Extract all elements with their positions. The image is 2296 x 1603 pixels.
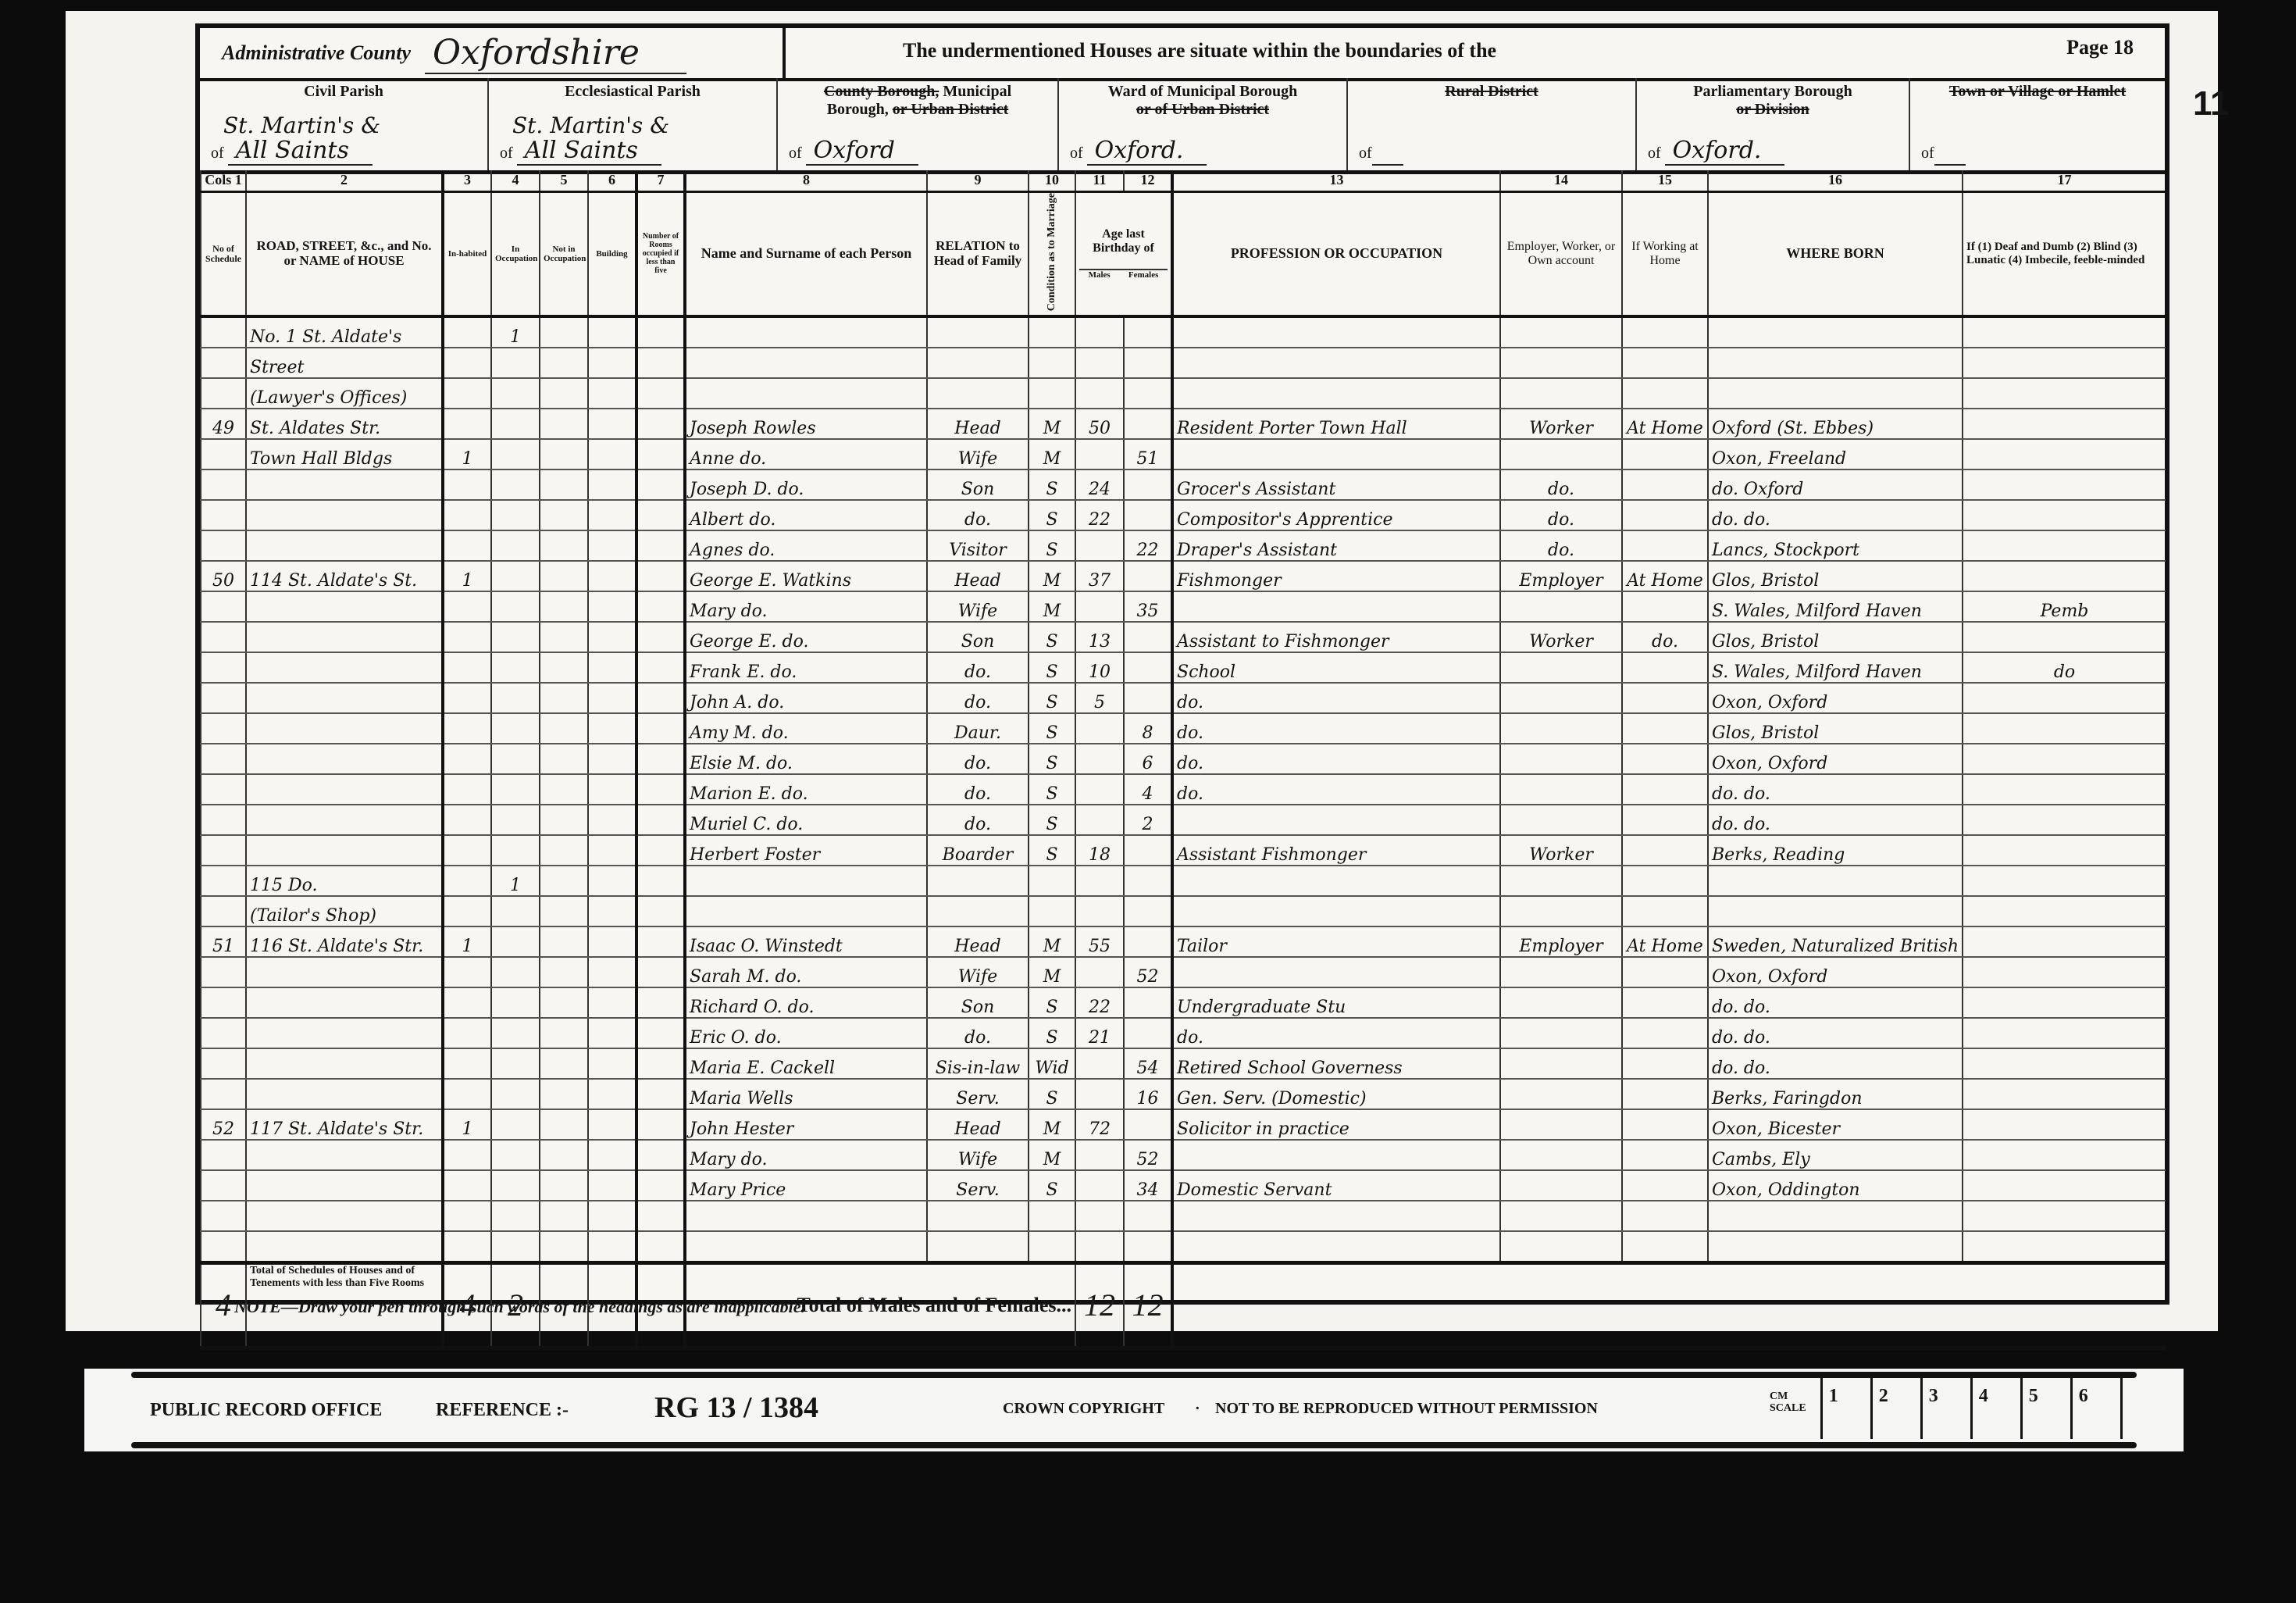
relation: do. — [927, 652, 1029, 683]
employment-status — [1500, 1201, 1622, 1231]
employment-status — [1500, 1079, 1622, 1109]
birthplace: Oxon, Oxford — [1708, 957, 1963, 987]
inhabited — [443, 1201, 491, 1231]
rooms — [636, 622, 685, 652]
occupation: Tailor — [1172, 926, 1500, 957]
working-at-home — [1622, 1109, 1708, 1140]
occupation: Draper's Assistant — [1172, 530, 1500, 561]
uninhabited-not-in-occupation — [540, 835, 588, 866]
relation: Wife — [927, 591, 1029, 622]
uninhabited-not-in-occupation — [540, 987, 588, 1018]
rooms — [636, 1018, 685, 1048]
census-form: Administrative County Oxfordshire The un… — [195, 23, 2169, 1305]
schedule-number — [201, 500, 246, 530]
uninhabited-in-occupation — [491, 378, 540, 409]
address: (Tailor's Shop) — [246, 896, 443, 926]
employment-status — [1500, 316, 1622, 348]
person-name: Herbert Foster — [685, 835, 927, 866]
building — [588, 1079, 636, 1109]
schedule-number — [201, 896, 246, 926]
column-number-row: Cols 1 2 3 4 5 6 7 8 9 10 11 12 13 14 15… — [201, 170, 2166, 192]
public-record-office: PUBLIC RECORD OFFICE — [150, 1400, 382, 1421]
uninhabited-in-occupation — [491, 409, 540, 439]
table-row — [201, 1201, 2166, 1231]
header-occupation: PROFESSION OR OCCUPATION — [1172, 192, 1500, 316]
uninhabited-not-in-occupation — [540, 896, 588, 926]
working-at-home — [1622, 652, 1708, 683]
birthplace: do. do. — [1708, 500, 1963, 530]
uninhabited-in-occupation — [491, 774, 540, 805]
female-age: 51 — [1124, 439, 1172, 469]
building — [588, 1140, 636, 1170]
employment-status — [1500, 987, 1622, 1018]
birthplace: do. do. — [1708, 1018, 1963, 1048]
uninhabited-in-occupation — [491, 1018, 540, 1048]
building — [588, 652, 636, 683]
building — [588, 316, 636, 348]
employment-status — [1500, 378, 1622, 409]
male-age — [1075, 1140, 1124, 1170]
uninhabited-not-in-occupation — [540, 409, 588, 439]
uninhabited-not-in-occupation — [540, 1079, 588, 1109]
occupation: do. — [1172, 774, 1500, 805]
schedule-number: 52 — [201, 1109, 246, 1140]
person-name: Marion E. do. — [685, 774, 927, 805]
rooms — [636, 378, 685, 409]
table-row: Richard O. do.SonS22Undergraduate Studo.… — [201, 987, 2166, 1018]
uninhabited-not-in-occupation — [540, 713, 588, 744]
marital-condition: M — [1029, 926, 1075, 957]
address — [246, 1170, 443, 1201]
uninhabited-in-occupation — [491, 987, 540, 1018]
uninhabited-in-occupation — [491, 957, 540, 987]
table-row: Eric O. do.do.S21do.do. do. — [201, 1018, 2166, 1048]
person-name: Albert do. — [685, 500, 927, 530]
marital-condition: Wid — [1029, 1048, 1075, 1079]
uninhabited-in-occupation — [491, 1140, 540, 1170]
municipal-borough-field: of Oxford — [789, 137, 1046, 164]
working-at-home — [1622, 683, 1708, 713]
infirmity — [1963, 987, 2166, 1018]
uninhabited-in-occupation — [491, 683, 540, 713]
uninhabited-in-occupation — [491, 591, 540, 622]
address — [246, 744, 443, 774]
person-name: Anne do. — [685, 439, 927, 469]
infirmity — [1963, 1170, 2166, 1201]
working-at-home — [1622, 378, 1708, 409]
rooms — [636, 683, 685, 713]
schedule-number — [201, 1231, 246, 1263]
employment-status — [1500, 866, 1622, 896]
working-at-home — [1622, 348, 1708, 378]
uninhabited-not-in-occupation — [540, 1109, 588, 1140]
person-name: Amy M. do. — [685, 713, 927, 744]
table-row: Muriel C. do.do.S2do. do. — [201, 805, 2166, 835]
working-at-home — [1622, 1170, 1708, 1201]
infirmity — [1963, 316, 2166, 348]
header-relation: RELATION to Head of Family — [927, 192, 1029, 316]
uninhabited-not-in-occupation — [540, 1231, 588, 1263]
building — [588, 439, 636, 469]
female-age: 52 — [1124, 957, 1172, 987]
working-at-home — [1622, 713, 1708, 744]
female-age — [1124, 987, 1172, 1018]
person-name — [685, 348, 927, 378]
employment-status: do. — [1500, 469, 1622, 500]
table-row: (Tailor's Shop) — [201, 896, 2166, 926]
inhabited — [443, 530, 491, 561]
person-name: Joseph D. do. — [685, 469, 927, 500]
inhabited — [443, 348, 491, 378]
address: Street — [246, 348, 443, 378]
header-where-born: WHERE BORN — [1708, 192, 1963, 316]
uninhabited-in-occupation: 1 — [491, 866, 540, 896]
occupation — [1172, 805, 1500, 835]
relation: do. — [927, 805, 1029, 835]
municipal-borough-title: County Borough, MunicipalBorough, or Urb… — [787, 83, 1048, 119]
male-age — [1075, 805, 1124, 835]
female-age: 52 — [1124, 1140, 1172, 1170]
table-row: Agnes do.VisitorS22Draper's Assistantdo.… — [201, 530, 2166, 561]
archive-footer: PUBLIC RECORD OFFICE REFERENCE :- RG 13 … — [84, 1369, 2184, 1451]
person-name: Eric O. do. — [685, 1018, 927, 1048]
rooms — [636, 316, 685, 348]
employment-status — [1500, 1231, 1622, 1263]
building — [588, 866, 636, 896]
uninhabited-not-in-occupation — [540, 500, 588, 530]
infirmity: Pemb — [1963, 591, 2166, 622]
inhabited — [443, 652, 491, 683]
uninhabited-not-in-occupation — [540, 652, 588, 683]
relation: Head — [927, 926, 1029, 957]
female-age — [1124, 1201, 1172, 1231]
header-rooms: Number of Rooms occupied if less than fi… — [636, 192, 685, 316]
total-males: 12 — [1075, 1262, 1124, 1348]
relation — [927, 316, 1029, 348]
col-num: 14 — [1500, 170, 1622, 192]
working-at-home — [1622, 469, 1708, 500]
occupation: Undergraduate Stu — [1172, 987, 1500, 1018]
birthplace — [1708, 316, 1963, 348]
male-age: 55 — [1075, 926, 1124, 957]
scale-mark: 5 — [2020, 1378, 2070, 1439]
relation: Wife — [927, 439, 1029, 469]
rooms — [636, 713, 685, 744]
footer-rule-top — [131, 1372, 2137, 1378]
birthplace — [1708, 896, 1963, 926]
table-row: John A. do.do.S5do.Oxon, Oxford — [201, 683, 2166, 713]
rooms — [636, 744, 685, 774]
relation: Boarder — [927, 835, 1029, 866]
employment-status — [1500, 348, 1622, 378]
rural-district: Rural District of — [1348, 78, 1637, 170]
marital-condition: S — [1029, 713, 1075, 744]
inhabited — [443, 683, 491, 713]
rooms — [636, 409, 685, 439]
county-value: Oxfordshire — [425, 33, 686, 74]
address — [246, 1018, 443, 1048]
relation: Son — [927, 622, 1029, 652]
building — [588, 1018, 636, 1048]
person-name: Joseph Rowles — [685, 409, 927, 439]
person-name: George E. Watkins — [685, 561, 927, 591]
uninhabited-not-in-occupation — [540, 561, 588, 591]
relation — [927, 348, 1029, 378]
birthplace: S. Wales, Milford Haven — [1708, 591, 1963, 622]
uninhabited-not-in-occupation — [540, 469, 588, 500]
employment-status — [1500, 1109, 1622, 1140]
marital-condition: M — [1029, 409, 1075, 439]
relation: Daur. — [927, 713, 1029, 744]
table-row: 51116 St. Aldate's Str.1Isaac O. Winsted… — [201, 926, 2166, 957]
birthplace: do. do. — [1708, 987, 1963, 1018]
col-num: 17 — [1963, 170, 2166, 192]
rooms — [636, 469, 685, 500]
address: 116 St. Aldate's Str. — [246, 926, 443, 957]
address: 115 Do. — [246, 866, 443, 896]
male-age — [1075, 348, 1124, 378]
header-condition: Condition as to Marriage — [1029, 192, 1075, 316]
building — [588, 1201, 636, 1231]
occupation: do. — [1172, 683, 1500, 713]
address — [246, 1201, 443, 1231]
person-name — [685, 378, 927, 409]
col-num: 13 — [1172, 170, 1500, 192]
rooms — [636, 1140, 685, 1170]
building — [588, 896, 636, 926]
address — [246, 530, 443, 561]
relation: Visitor — [927, 530, 1029, 561]
birthplace — [1708, 866, 1963, 896]
building — [588, 1231, 636, 1263]
col-num: 9 — [927, 170, 1029, 192]
col-num: 5 — [540, 170, 588, 192]
inhabited — [443, 957, 491, 987]
schedule-number — [201, 866, 246, 896]
employment-status — [1500, 713, 1622, 744]
ward-field: of Oxford. — [1070, 137, 1335, 164]
inhabited — [443, 1140, 491, 1170]
birthplace: do. do. — [1708, 1048, 1963, 1079]
schedule-number — [201, 987, 246, 1018]
person-name — [685, 1201, 927, 1231]
relation — [927, 378, 1029, 409]
header-name: Name and Surname of each Person — [685, 192, 927, 316]
address — [246, 683, 443, 713]
uninhabited-in-occupation — [491, 622, 540, 652]
table-row: Mary do.WifeM35S. Wales, Milford HavenPe… — [201, 591, 2166, 622]
schedule-number — [201, 683, 246, 713]
female-age — [1124, 500, 1172, 530]
female-age — [1124, 683, 1172, 713]
uninhabited-in-occupation — [491, 1079, 540, 1109]
relation: Head — [927, 1109, 1029, 1140]
uninhabited-not-in-occupation — [540, 1170, 588, 1201]
relation: Sis-in-law — [927, 1048, 1029, 1079]
infirmity — [1963, 683, 2166, 713]
occupation: Gen. Serv. (Domestic) — [1172, 1079, 1500, 1109]
schedule-number — [201, 805, 246, 835]
female-age — [1124, 561, 1172, 591]
address — [246, 652, 443, 683]
inhabited — [443, 774, 491, 805]
female-age: 35 — [1124, 591, 1172, 622]
female-age — [1124, 409, 1172, 439]
schedule-number — [201, 591, 246, 622]
relation: do. — [927, 774, 1029, 805]
column-header-row: No of Schedule ROAD, STREET, &c., and No… — [201, 192, 2166, 316]
inhabited — [443, 987, 491, 1018]
table-row: 52117 St. Aldate's Str.1John HesterHeadM… — [201, 1109, 2166, 1140]
relation — [927, 866, 1029, 896]
schedule-number — [201, 348, 246, 378]
female-age — [1124, 1231, 1172, 1263]
col-num: 2 — [246, 170, 443, 192]
working-at-home — [1622, 500, 1708, 530]
relation — [927, 896, 1029, 926]
occupation — [1172, 896, 1500, 926]
person-name — [685, 866, 927, 896]
inhabited — [443, 1079, 491, 1109]
male-age — [1075, 316, 1124, 348]
person-name: George E. do. — [685, 622, 927, 652]
ecclesiastical-parish-field: of All Saints — [500, 137, 765, 164]
header-age-text: Age last Birthday of — [1079, 227, 1168, 255]
working-at-home — [1622, 1048, 1708, 1079]
rooms — [636, 439, 685, 469]
total-blank — [1172, 1262, 2166, 1348]
infirmity — [1963, 1140, 2166, 1170]
inhabited — [443, 409, 491, 439]
marital-condition: M — [1029, 1109, 1075, 1140]
address: Town Hall Bldgs — [246, 439, 443, 469]
female-age — [1124, 926, 1172, 957]
building — [588, 1109, 636, 1140]
marital-condition: S — [1029, 987, 1075, 1018]
relation — [927, 1231, 1029, 1263]
census-rows: No. 1 St. Aldate's1Street(Lawyer's Offic… — [201, 316, 2166, 1263]
birthplace — [1708, 378, 1963, 409]
table-row: Herbert FosterBoarderS18Assistant Fishmo… — [201, 835, 2166, 866]
table-row: Mary do.WifeM52Cambs, Ely — [201, 1140, 2166, 1170]
table-row: Sarah M. do.WifeM52Oxon, Oxford — [201, 957, 2166, 987]
rooms — [636, 896, 685, 926]
table-row: Mary PriceServ.S34Domestic ServantOxon, … — [201, 1170, 2166, 1201]
marital-condition — [1029, 378, 1075, 409]
schedule-number — [201, 378, 246, 409]
uninhabited-not-in-occupation — [540, 1140, 588, 1170]
infirmity — [1963, 896, 2166, 926]
female-age — [1124, 316, 1172, 348]
uninhabited-not-in-occupation — [540, 744, 588, 774]
infirmity — [1963, 926, 2166, 957]
header-inhabited: In-habited — [443, 192, 491, 316]
occupation — [1172, 866, 1500, 896]
folio-number: 11 — [2193, 84, 2230, 123]
marital-condition: S — [1029, 530, 1075, 561]
schedule-number — [201, 530, 246, 561]
working-at-home: At Home — [1622, 926, 1708, 957]
male-age — [1075, 1048, 1124, 1079]
rooms — [636, 1231, 685, 1263]
working-at-home — [1622, 530, 1708, 561]
scale-label: CMSCALE — [1770, 1391, 1806, 1439]
birthplace: do. Oxford — [1708, 469, 1963, 500]
parliamentary-borough: Parliamentary Boroughor Division of Oxfo… — [1637, 78, 1910, 170]
schedule-number — [201, 439, 246, 469]
relation: Son — [927, 469, 1029, 500]
relation: Wife — [927, 1140, 1029, 1170]
schedule-number — [201, 1170, 246, 1201]
table-row: 50114 St. Aldate's St.1George E. Watkins… — [201, 561, 2166, 591]
uninhabited-in-occupation — [491, 1201, 540, 1231]
schedule-number — [201, 1048, 246, 1079]
birthplace: do. do. — [1708, 805, 1963, 835]
address — [246, 622, 443, 652]
parliamentary-borough-title: Parliamentary Boroughor Division — [1646, 83, 1899, 119]
census-table: Cols 1 2 3 4 5 6 7 8 9 10 11 12 13 14 15… — [200, 170, 2166, 1351]
relation: do. — [927, 744, 1029, 774]
uninhabited-in-occupation — [491, 1170, 540, 1201]
inhabited: 1 — [443, 1109, 491, 1140]
rural-district-value — [1372, 137, 1403, 166]
uninhabited-in-occupation — [491, 530, 540, 561]
infirmity — [1963, 348, 2166, 378]
schedule-number — [201, 774, 246, 805]
working-at-home — [1622, 805, 1708, 835]
header-at-home: If Working at Home — [1622, 192, 1708, 316]
uninhabited-not-in-occupation — [540, 926, 588, 957]
col-num: 8 — [685, 170, 927, 192]
town-village: Town or Village or Hamlet of — [1910, 78, 2165, 170]
marital-condition — [1029, 316, 1075, 348]
address — [246, 500, 443, 530]
occupation: Assistant Fishmonger — [1172, 835, 1500, 866]
male-age — [1075, 591, 1124, 622]
col-num: 15 — [1622, 170, 1708, 192]
building — [588, 957, 636, 987]
building — [588, 744, 636, 774]
working-at-home — [1622, 1140, 1708, 1170]
building — [588, 622, 636, 652]
address — [246, 835, 443, 866]
marital-condition: S — [1029, 1018, 1075, 1048]
inhabited — [443, 591, 491, 622]
inhabited — [443, 469, 491, 500]
uninhabited-in-occupation — [491, 896, 540, 926]
inhabited — [443, 622, 491, 652]
schedule-number — [201, 316, 246, 348]
occupation — [1172, 1140, 1500, 1170]
rooms — [636, 530, 685, 561]
person-name: Maria E. Cackell — [685, 1048, 927, 1079]
male-age — [1075, 530, 1124, 561]
schedule-number: 49 — [201, 409, 246, 439]
building — [588, 683, 636, 713]
scale-mark: 1 — [1820, 1378, 1870, 1439]
civil-parish-value-top: St. Martin's & — [223, 112, 380, 138]
working-at-home — [1622, 316, 1708, 348]
rooms — [636, 866, 685, 896]
schedule-number — [201, 1018, 246, 1048]
header-females: Females — [1128, 270, 1158, 280]
employment-status: Worker — [1500, 835, 1622, 866]
working-at-home — [1622, 896, 1708, 926]
building — [588, 591, 636, 622]
male-age — [1075, 774, 1124, 805]
address — [246, 957, 443, 987]
employment-status: Worker — [1500, 409, 1622, 439]
